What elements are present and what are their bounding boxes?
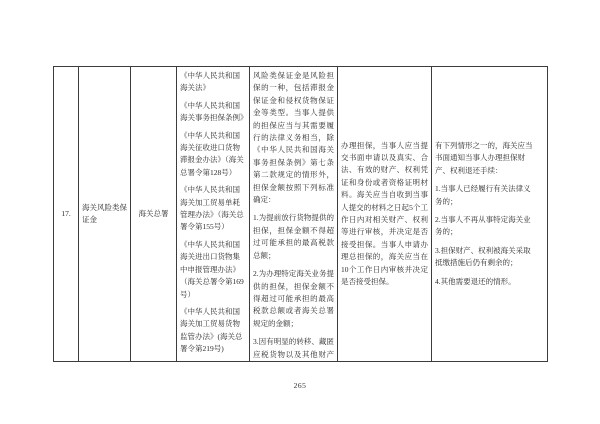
cell-row-index: 17. <box>54 67 79 361</box>
page-number: 265 <box>0 381 600 390</box>
legal-basis-item: 《中华人民共和国海关加工贸易单耗管理办法》（海关总署令第155号） <box>180 184 246 234</box>
amount-standard-paragraph: 3.因有明显的转移、藏匿应税货物以及其他财产迹象被责令提供的担保，担保金额不得超… <box>253 336 334 361</box>
document-page: 17. 海关风险类保证金 海关总署 《中华人民共和国海关法》 《中华人民共和国海… <box>0 0 600 424</box>
refund-condition-item: 1.当事人已经履行有关法律义务的； <box>435 183 533 208</box>
cell-amount-standard: 风险类保证金是风险担保的一种，包括滞报金保证金和侵权货物保证金等类型。当事人提供… <box>250 67 338 361</box>
legal-basis-item: 《中华人民共和国海关加工贸易货物监管办法》(海关总署令第219号) <box>180 306 246 356</box>
cell-refund-conditions: 有下列情形之一的，海关应当书面通知当事人办理担保财产、权利退还手续： 1.当事人… <box>432 67 547 361</box>
amount-standard-paragraph: 1.为提前放行货物提供的担保，担保金额不得超过可能承担的最高税款总额； <box>253 212 334 262</box>
refund-intro: 有下列情形之一的，海关应当书面通知当事人办理担保财产、权利退还手续： <box>435 140 533 177</box>
cell-authority: 海关总署 <box>131 67 177 361</box>
authority-name: 海关总署 <box>134 208 173 220</box>
legal-basis-item: 《中华人民共和国海关法》 <box>180 70 246 95</box>
row-index: 17. <box>57 208 75 220</box>
legal-basis-item: 《中华人民共和国海关进出口货物集中申报管理办法》（海关总署令第169号） <box>180 239 246 301</box>
item-name: 海关风险类保证金 <box>82 202 127 227</box>
refund-condition-item: 2.当事人不再从事特定海关业务的； <box>435 214 533 239</box>
refund-condition-item: 4.其他需要退还的情形。 <box>435 276 533 288</box>
cell-legal-basis: 《中华人民共和国海关法》 《中华人民共和国海关事务担保条例》 《中华人民共和国海… <box>177 67 250 361</box>
legal-basis-item: 《中华人民共和国海关征收进口货物滞报金办法》（海关总署令第128号） <box>180 130 246 180</box>
cell-item-name: 海关风险类保证金 <box>79 67 131 361</box>
procedure-paragraph: 办理担保，当事人应当提交书面申请以及真实、合法、有效的财产、权利凭证和身份或者资… <box>341 140 428 289</box>
cell-procedure: 办理担保，当事人应当提交书面申请以及真实、合法、有效的财产、权利凭证和身份或者资… <box>338 67 432 361</box>
amount-standard-paragraph: 2.为办理特定海关业务提供的担保，担保金额不得超过可能承担的最高税款总额或者海关… <box>253 268 334 330</box>
fees-table: 17. 海关风险类保证金 海关总署 《中华人民共和国海关法》 《中华人民共和国海… <box>53 66 548 362</box>
refund-condition-item: 3.担保财产、权利被海关采取抵缴措施后仍有剩余的； <box>435 245 533 270</box>
legal-basis-item: 《中华人民共和国海关事务担保条例》 <box>180 100 246 125</box>
amount-standard-paragraph: 风险类保证金是风险担保的一种，包括滞报金保证金和侵权货物保证金等类型。当事人提供… <box>253 70 334 206</box>
